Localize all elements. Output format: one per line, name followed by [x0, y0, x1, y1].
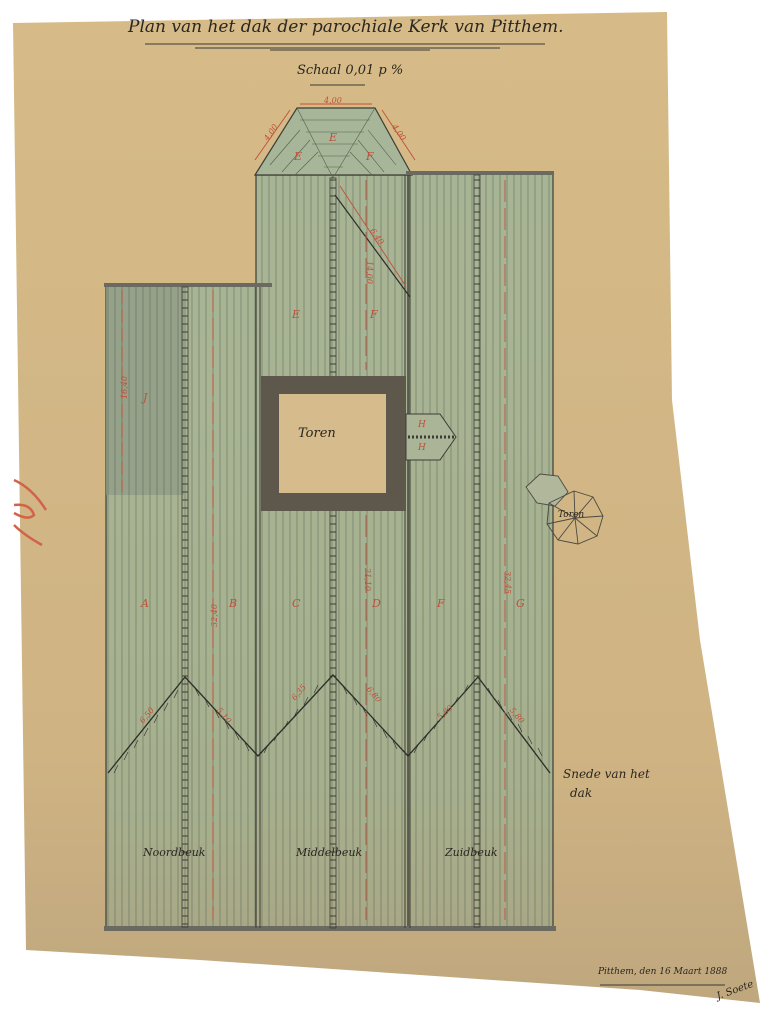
section-f-nave: F [370, 308, 378, 321]
section-e-nave: E [292, 308, 300, 321]
drawing-title: Plan van het dak der parochiale Kerk van… [128, 17, 564, 37]
section-e-apse-top: E [329, 131, 337, 144]
section-f-apse-right: F [366, 150, 374, 163]
scale-label: Schaal 0,01 p % [297, 63, 403, 78]
section-note-line2: dak [570, 786, 592, 800]
section-a: A [141, 597, 149, 610]
section-b: B [229, 597, 237, 610]
dim-apse-top: 4,00 [324, 96, 342, 105]
tower-label: Toren [298, 426, 336, 441]
section-e-apse-left: E [294, 150, 302, 163]
section-f-south: F [437, 597, 445, 610]
section-h-lower: H [418, 443, 426, 453]
place-date: Pitthem, den 16 Maart 1888 [598, 967, 727, 977]
south-aisle-label: Zuidbeuk [445, 846, 498, 859]
stair-tower-label: Toren [558, 510, 584, 520]
section-h-upper: H [418, 420, 426, 430]
dim-south-length: 32,45 [503, 571, 512, 594]
dim-north-length: 32,40 [210, 604, 219, 627]
dim-middle-length: 21,10 [363, 568, 372, 591]
drawing-sheet: Plan van het dak der parochiale Kerk van… [0, 0, 773, 1024]
section-note-line1: Snede van het [563, 767, 650, 781]
section-d: D [372, 597, 381, 610]
dim-aisle-j: 16,40 [120, 376, 129, 399]
dim-nave-upper: 14,00 [365, 261, 374, 284]
section-j: J [143, 391, 147, 404]
section-g: G [516, 597, 525, 610]
north-aisle-label: Noordbeuk [143, 846, 205, 859]
section-c: C [292, 597, 300, 610]
middle-aisle-label: Middelbeuk [296, 846, 362, 859]
tower [261, 376, 406, 511]
